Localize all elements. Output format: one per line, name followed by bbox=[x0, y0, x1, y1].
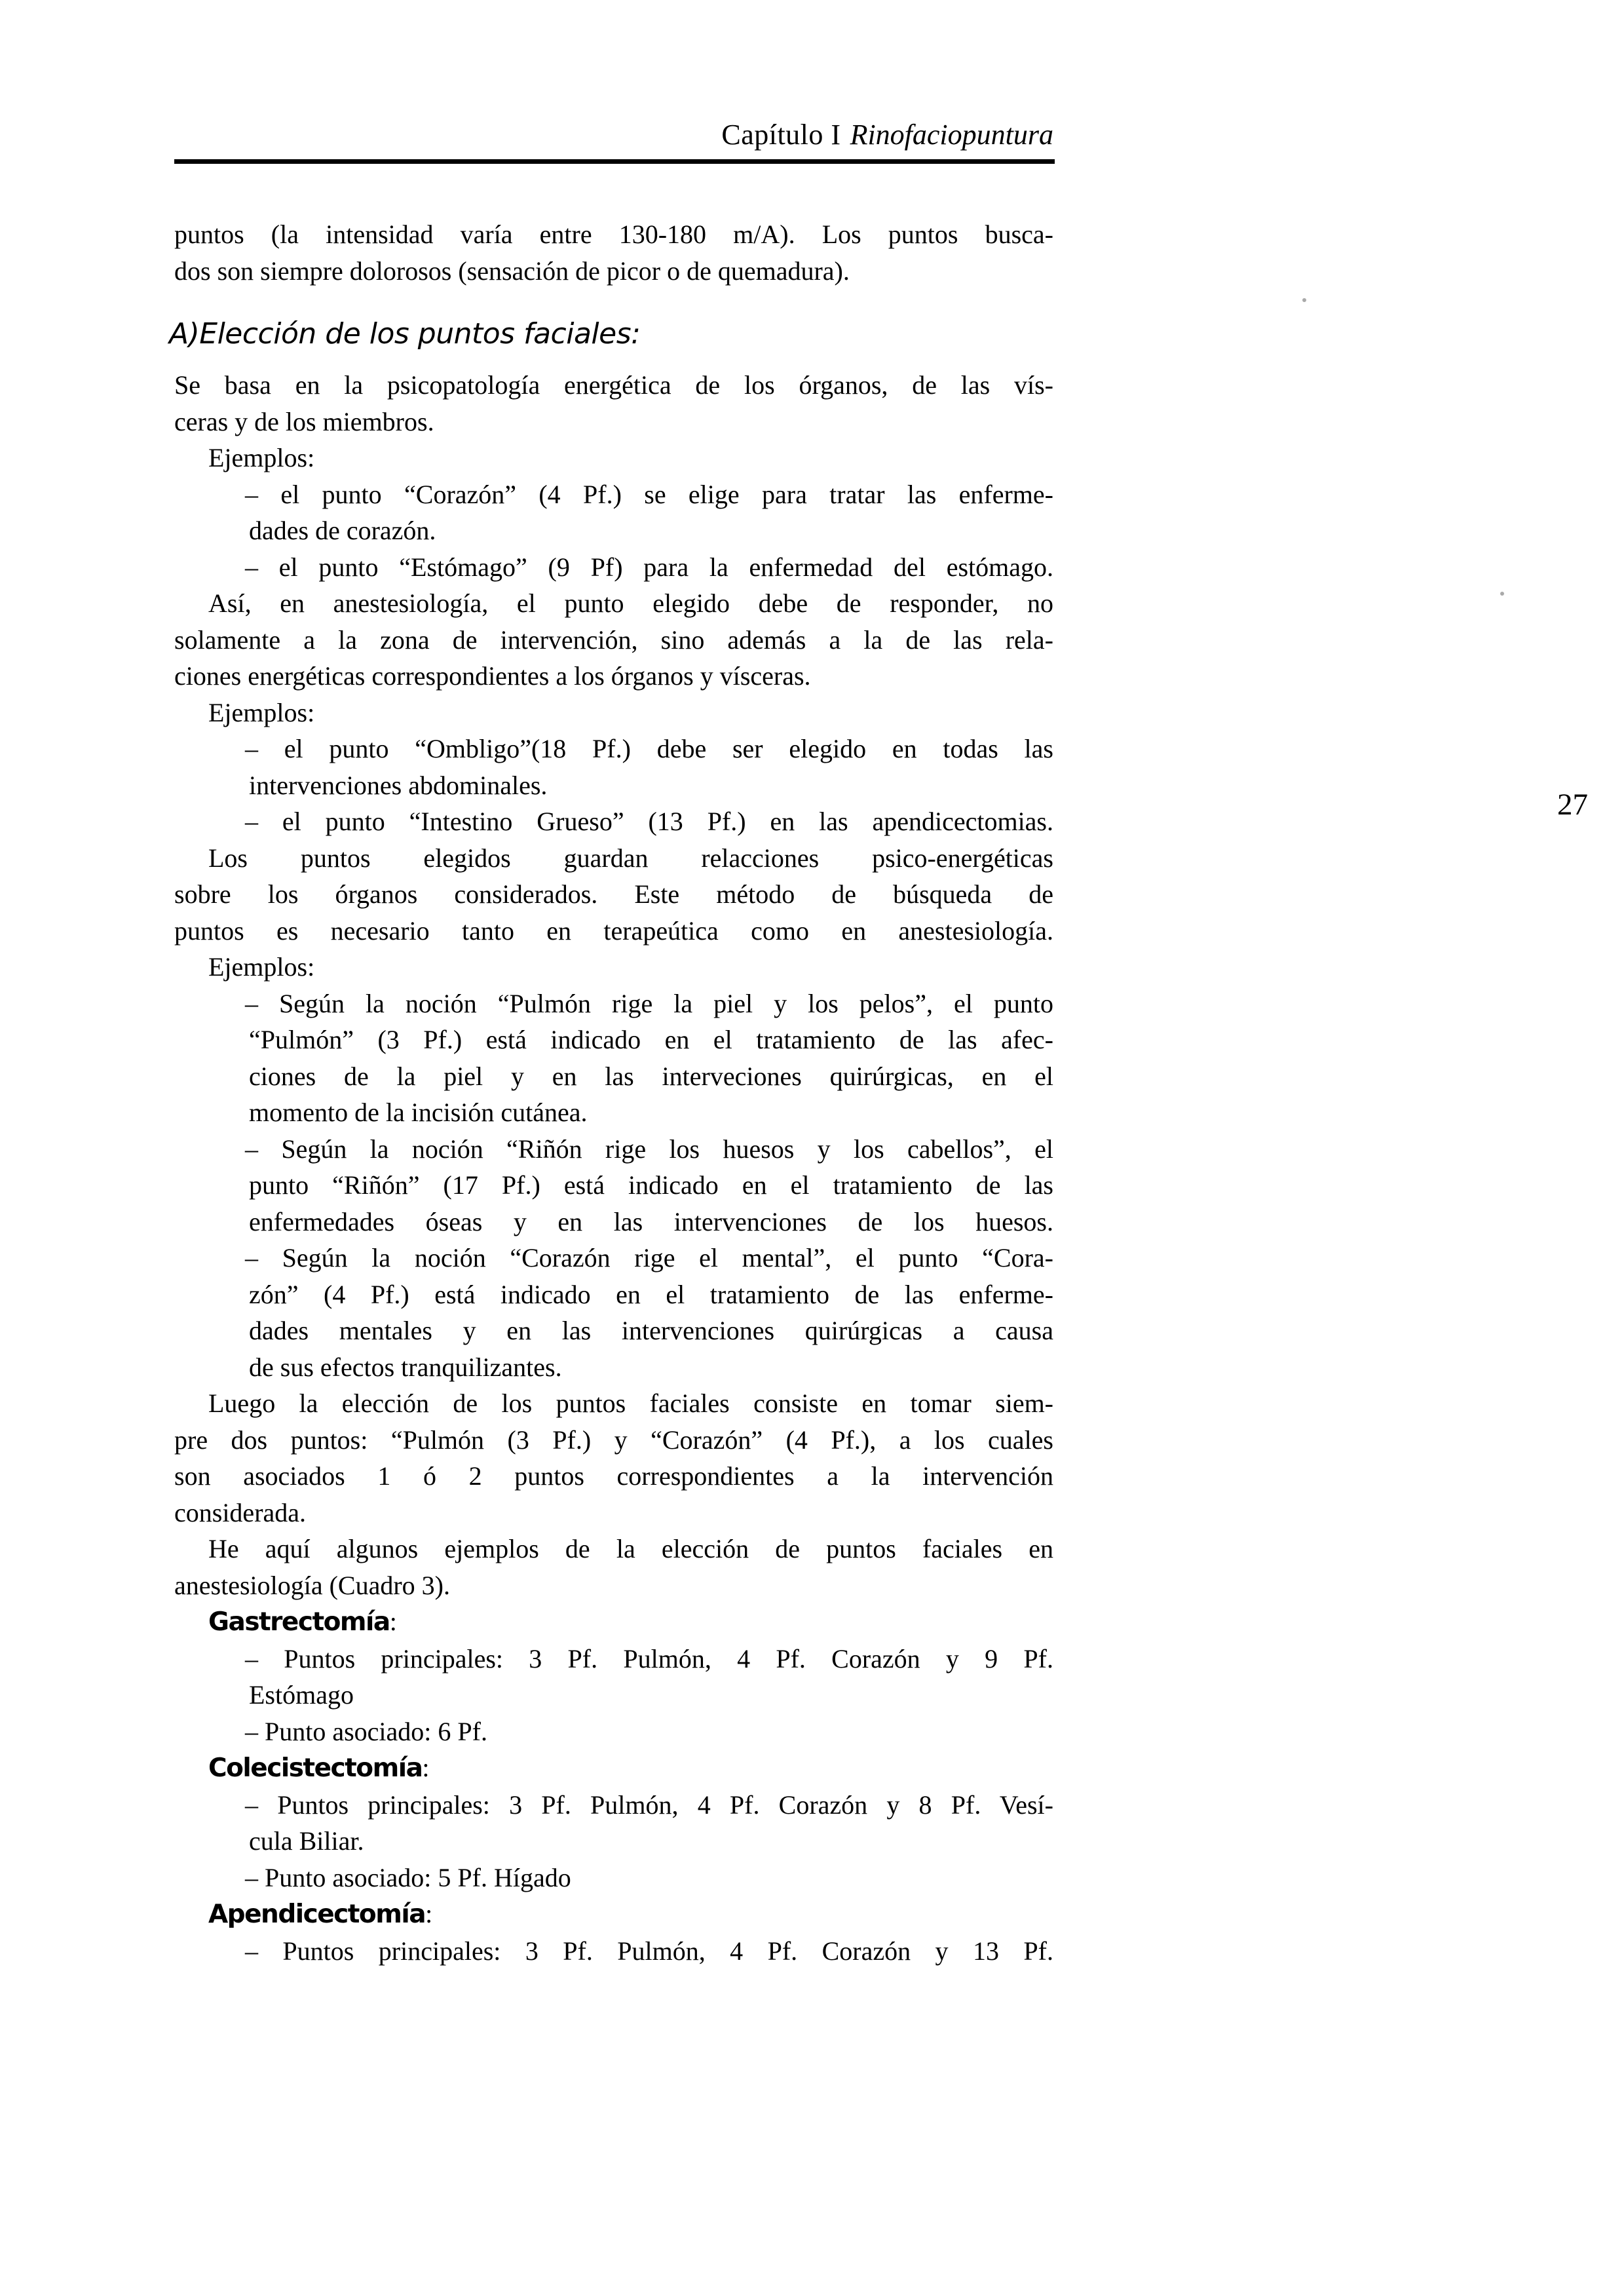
text-line: de sus efectos tranquilizantes. bbox=[249, 1349, 1053, 1386]
procedure-heading-line: Gastrectomía: bbox=[208, 1603, 1053, 1641]
text-line: – Según la noción “Riñón rige los huesos… bbox=[245, 1131, 1053, 1168]
text-line: Luego la elección de los puntos faciales… bbox=[208, 1385, 1053, 1422]
text-line: – Punto asociado: 6 Pf. bbox=[245, 1713, 1053, 1750]
text-line: – Según la noción “Pulmón rige la piel y… bbox=[245, 985, 1053, 1022]
text-line: – Según la noción “Corazón rige el menta… bbox=[245, 1240, 1053, 1276]
page-number: 27 bbox=[1522, 787, 1588, 822]
text-line: – el punto “Corazón” (4 Pf.) se elige pa… bbox=[245, 476, 1053, 513]
scan-speck bbox=[1500, 592, 1504, 596]
text-line: He aquí algunos ejemplos de la elección … bbox=[208, 1531, 1053, 1567]
text-line: – Puntos principales: 3 Pf. Pulmón, 4 Pf… bbox=[245, 1641, 1053, 1677]
text-line: ceras y de los miembros. bbox=[174, 404, 1053, 440]
text-line: enfermedades óseas y en las intervencion… bbox=[249, 1204, 1053, 1240]
text-line: – el punto “Ombligo”(18 Pf.) debe ser el… bbox=[245, 731, 1053, 767]
section-heading: A)Elección de los puntos faciales: bbox=[169, 317, 1053, 351]
text-line: pre dos puntos: “Pulmón (3 Pf.) y “Coraz… bbox=[174, 1422, 1053, 1459]
text-line: dos son siempre dolorosos (sensación de … bbox=[174, 253, 1053, 290]
body-text: Se basa en la psicopatología energética … bbox=[174, 367, 1053, 1969]
text-line: Ejemplos: bbox=[208, 949, 1053, 985]
text-line: Estómago bbox=[249, 1677, 1053, 1713]
scanned-book-page: Capítulo IRinofaciopuntura 27 puntos (la… bbox=[0, 0, 1624, 2296]
procedure-name: Colecistectomía bbox=[208, 1753, 422, 1783]
text-line: solamente a la zona de intervención, sin… bbox=[174, 622, 1053, 659]
text-line: ciones energéticas correspondientes a lo… bbox=[174, 658, 1053, 695]
text-line: “Pulmón” (3 Pf.) está indicado en el tra… bbox=[249, 1022, 1053, 1058]
header-rule bbox=[174, 159, 1055, 164]
text-line: Así, en anestesiología, el punto elegido… bbox=[208, 585, 1053, 622]
running-header: Capítulo IRinofaciopuntura bbox=[174, 118, 1053, 151]
procedure-name: Apendicectomía bbox=[208, 1900, 425, 1929]
intro-paragraph: puntos (la intensidad varía entre 130-18… bbox=[174, 216, 1053, 289]
text-line: punto “Riñón” (17 Pf.) está indicado en … bbox=[249, 1167, 1053, 1204]
book-title: Rinofaciopuntura bbox=[850, 119, 1053, 151]
scan-speck bbox=[1302, 298, 1306, 302]
text-line: Los puntos elegidos guardan relacciones … bbox=[208, 840, 1053, 877]
text-line: dades mentales y en las intervenciones q… bbox=[249, 1312, 1053, 1349]
text-line: – Puntos principales: 3 Pf. Pulmón, 4 Pf… bbox=[245, 1787, 1053, 1824]
text-line: anestesiología (Cuadro 3). bbox=[174, 1567, 1053, 1604]
chapter-label: Capítulo I bbox=[721, 119, 840, 151]
procedure-heading-line: Colecistectomía: bbox=[208, 1750, 1053, 1787]
procedure-name: Gastrectomía bbox=[208, 1607, 390, 1637]
text-line: son asociados 1 ó 2 puntos correspondien… bbox=[174, 1458, 1053, 1495]
text-line: – el punto “Estómago” (9 Pf) para la enf… bbox=[245, 549, 1053, 586]
text-line: Se basa en la psicopatología energética … bbox=[174, 367, 1053, 404]
text-line: Ejemplos: bbox=[208, 695, 1053, 731]
text-line: Ejemplos: bbox=[208, 440, 1053, 476]
text-line: puntos es necesario tanto en terapeútica… bbox=[174, 913, 1053, 949]
text-line: sobre los órganos considerados. Este mét… bbox=[174, 876, 1053, 913]
text-line: – el punto “Intestino Grueso” (13 Pf.) e… bbox=[245, 803, 1053, 840]
text-line: momento de la incisión cutánea. bbox=[249, 1094, 1053, 1131]
text-line: puntos (la intensidad varía entre 130-18… bbox=[174, 216, 1053, 253]
text-line: – Punto asociado: 5 Pf. Hígado bbox=[245, 1860, 1053, 1896]
text-line: zón” (4 Pf.) está indicado en el tratami… bbox=[249, 1276, 1053, 1313]
text-line: dades de corazón. bbox=[249, 512, 1053, 549]
procedure-heading-line: Apendicectomía: bbox=[208, 1896, 1053, 1933]
text-line: considerada. bbox=[174, 1495, 1053, 1531]
text-line: – Puntos principales: 3 Pf. Pulmón, 4 Pf… bbox=[245, 1933, 1053, 1970]
text-line: cula Biliar. bbox=[249, 1823, 1053, 1860]
text-line: intervenciones abdominales. bbox=[249, 767, 1053, 804]
text-line: ciones de la piel y en las interveciones… bbox=[249, 1058, 1053, 1095]
